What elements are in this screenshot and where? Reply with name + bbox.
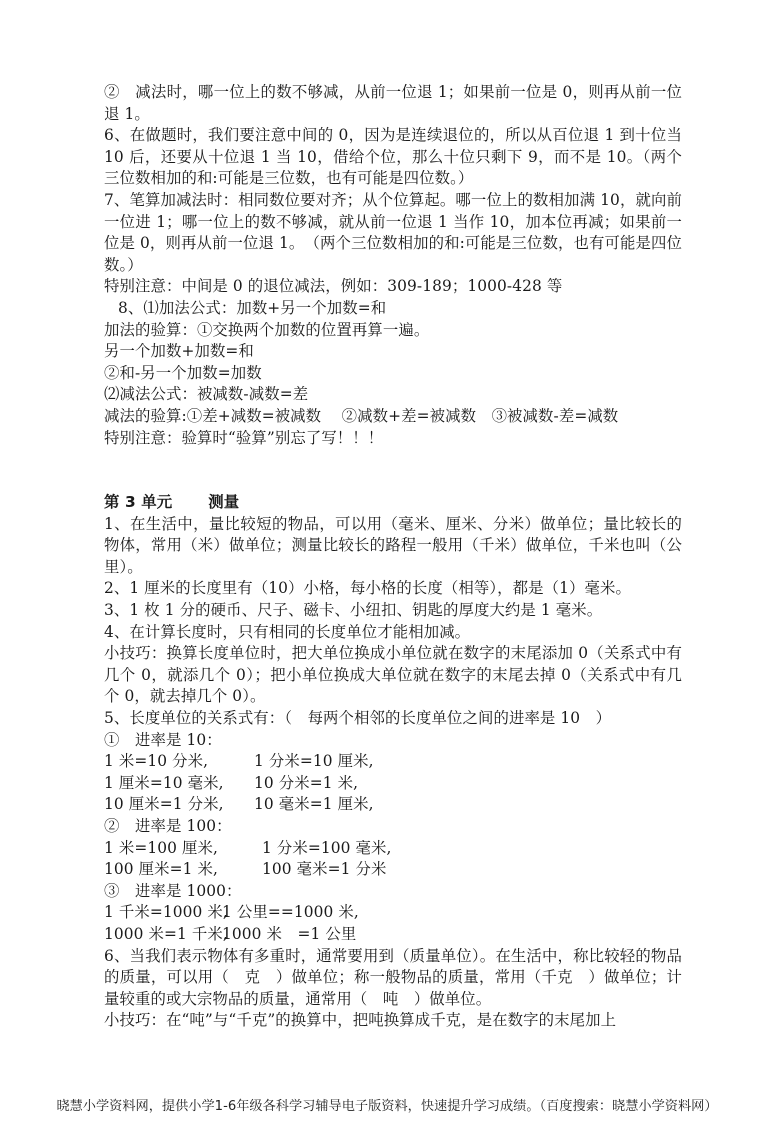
unit-title: 测量: [208, 493, 239, 511]
addition-check-1-formula: 另一个加数+加数=和: [104, 341, 682, 363]
tip-ton-kilogram: 小技巧：在“吨”与“千克”的换算中，把吨换算成千克，是在数字的末尾加上: [104, 1010, 682, 1032]
conversion-right: 10 毫米=1 厘米,: [254, 794, 374, 816]
section-gap: [104, 449, 682, 492]
section-previous-unit: ② 减法时，哪一位上的数不够减，从前一位退 1；如果前一位是 0，则再从前一位退…: [104, 82, 682, 449]
paragraph-item-2: 2、1 厘米的长度里有（10）小格，每小格的长度（相等），都是（1）毫米。: [104, 578, 682, 600]
paragraph-item-3: 3、1 枚 1 分的硬币、尺子、磁卡、小纽扣、钥匙的厚度大约是 1 毫米。: [104, 600, 682, 622]
conversion-left: 1000 米=1 千米,: [104, 924, 222, 946]
rate-10-row: 1 厘米=10 毫米,10 分米=1 米,: [104, 773, 682, 795]
subtraction-check: 减法的验算:①差+减数=被减数 ②减数+差=被减数 ③被减数-差=减数: [104, 406, 682, 428]
conversion-left: 100 厘米=1 米,: [104, 859, 262, 881]
addition-check-1: 加法的验算：①交换两个加数的位置再算一遍。: [104, 320, 682, 342]
rate-100-label: ② 进率是 100：: [104, 816, 682, 838]
rate-10-row: 10 厘米=1 分米,10 毫米=1 厘米,: [104, 794, 682, 816]
rate-100-row: 100 厘米=1 米,100 毫米=1 分米: [104, 859, 682, 881]
conversion-left: 1 厘米=10 毫米,: [104, 773, 254, 795]
conversion-right: 1000 米 =1 公里: [222, 924, 356, 946]
conversion-right: 100 毫米=1 分米: [262, 859, 387, 881]
subtraction-formula: ⑵减法公式：被减数-减数=差: [104, 384, 682, 406]
rate-1000-label: ③ 进率是 1000：: [104, 881, 682, 903]
rate-100-row: 1 米=100 厘米,1 分米=100 毫米,: [104, 838, 682, 860]
addition-formula: 8、⑴加法公式：加数+另一个加数=和: [104, 298, 682, 320]
unit-heading: 第 3 单元测量: [104, 492, 682, 514]
addition-check-2: ②和-另一个加数=加数: [104, 363, 682, 385]
conversion-right: 1 公里==1000 米,: [222, 902, 359, 924]
rate-10-label: ① 进率是 10：: [104, 730, 682, 752]
tip-length-conversion: 小技巧：换算长度单位时，把大单位换成小单位就在数字的末尾添加 0（关系式中有几个…: [104, 643, 682, 708]
rate-1000-row: 1000 米=1 千米,1000 米 =1 公里: [104, 924, 682, 946]
paragraph-item-7: 7、笔算加减法时：相同数位要对齐；从个位算起。哪一位上的数相加满 10，就向前一…: [104, 190, 682, 276]
paragraph-item-5: 5、长度单位的关系式有：（ 每两个相邻的长度单位之间的进率是 10 ）: [104, 708, 682, 730]
special-note-check: 特别注意：验算时“验算”别忘了写！！！: [104, 428, 682, 450]
document-page: ② 减法时，哪一位上的数不够减，从前一位退 1；如果前一位是 0，则再从前一位退…: [104, 82, 682, 1032]
page-footer: 晓慧小学资料网，提供小学1-6年级各科学习辅导电子版资料，快速提升学习成绩。（百…: [0, 1095, 774, 1114]
paragraph-item-1: 1、在生活中，量比较短的物品，可以用（毫米、厘米、分米）做单位；量比较长的物体，…: [104, 514, 682, 579]
section-unit-3: 第 3 单元测量 1、在生活中，量比较短的物品，可以用（毫米、厘米、分米）做单位…: [104, 492, 682, 1032]
paragraph-item-6: 6、在做题时，我们要注意中间的 0，因为是连续退位的，所以从百位退 1 到十位当…: [104, 125, 682, 190]
conversion-right: 10 分米=1 米,: [254, 773, 358, 795]
conversion-left: 1 米=100 厘米,: [104, 838, 262, 860]
paragraph-subtraction-borrow: ② 减法时，哪一位上的数不够减，从前一位退 1；如果前一位是 0，则再从前一位退…: [104, 82, 682, 125]
paragraph-item-6-mass: 6、当我们表示物体有多重时，通常要用到（质量单位）。在生活中，称比较轻的物品的质…: [104, 946, 682, 1011]
rate-1000-row: 1 千米=1000 米,1 公里==1000 米,: [104, 902, 682, 924]
unit-number: 第 3 单元: [104, 493, 172, 511]
paragraph-item-4: 4、在计算长度时，只有相同的长度单位才能相加减。: [104, 622, 682, 644]
conversion-left: 1 千米=1000 米,: [104, 902, 222, 924]
conversion-left: 10 厘米=1 分米,: [104, 794, 254, 816]
conversion-right: 1 分米=10 厘米,: [254, 751, 374, 773]
special-note-zero-borrow: 特别注意：中间是 0 的退位减法，例如：309-189；1000-428 等: [104, 276, 682, 298]
rate-10-row: 1 米=10 分米,1 分米=10 厘米,: [104, 751, 682, 773]
conversion-left: 1 米=10 分米,: [104, 751, 254, 773]
conversion-right: 1 分米=100 毫米,: [262, 838, 392, 860]
